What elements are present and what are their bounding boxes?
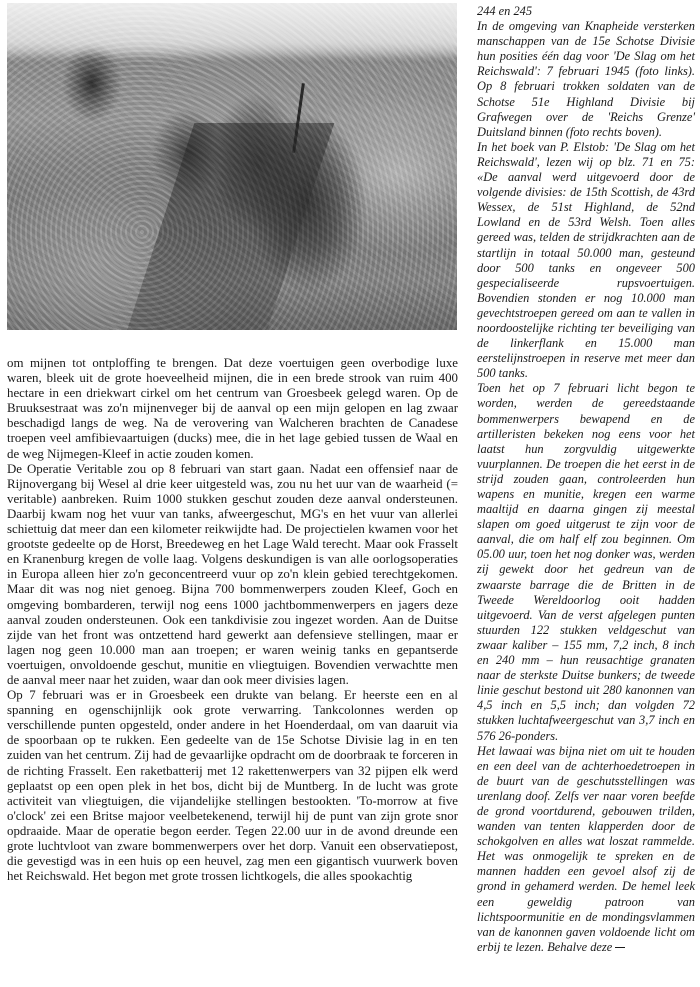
caption-photo-reference: 244 en 245: [477, 4, 695, 19]
caption-paragraph: Het lawaai was bijna niet om uit te houd…: [477, 744, 695, 955]
caption-paragraph: In het boek van P. Elstob: 'De Slag om h…: [477, 140, 695, 382]
trench-photo: [7, 3, 457, 330]
body-paragraph: Op 7 februari was er in Groesbeek een dr…: [7, 688, 458, 884]
photo-caption-column: 244 en 245 In de omgeving van Knapheide …: [477, 4, 695, 955]
body-text-column: om mijnen tot ontploffing te brengen. Da…: [7, 356, 458, 884]
photo-grain: [7, 3, 457, 330]
caption-paragraph: In de omgeving van Knapheide versterken …: [477, 19, 695, 140]
caption-paragraph-text: Het lawaai was bijna niet om uit te houd…: [477, 744, 695, 954]
body-paragraph: De Operatie Veritable zou op 8 februari …: [7, 462, 458, 688]
body-paragraph: om mijnen tot ontploffing te brengen. Da…: [7, 356, 458, 462]
continuation-mark: [615, 947, 625, 948]
caption-paragraph: Toen het op 7 februari licht begon te wo…: [477, 381, 695, 743]
